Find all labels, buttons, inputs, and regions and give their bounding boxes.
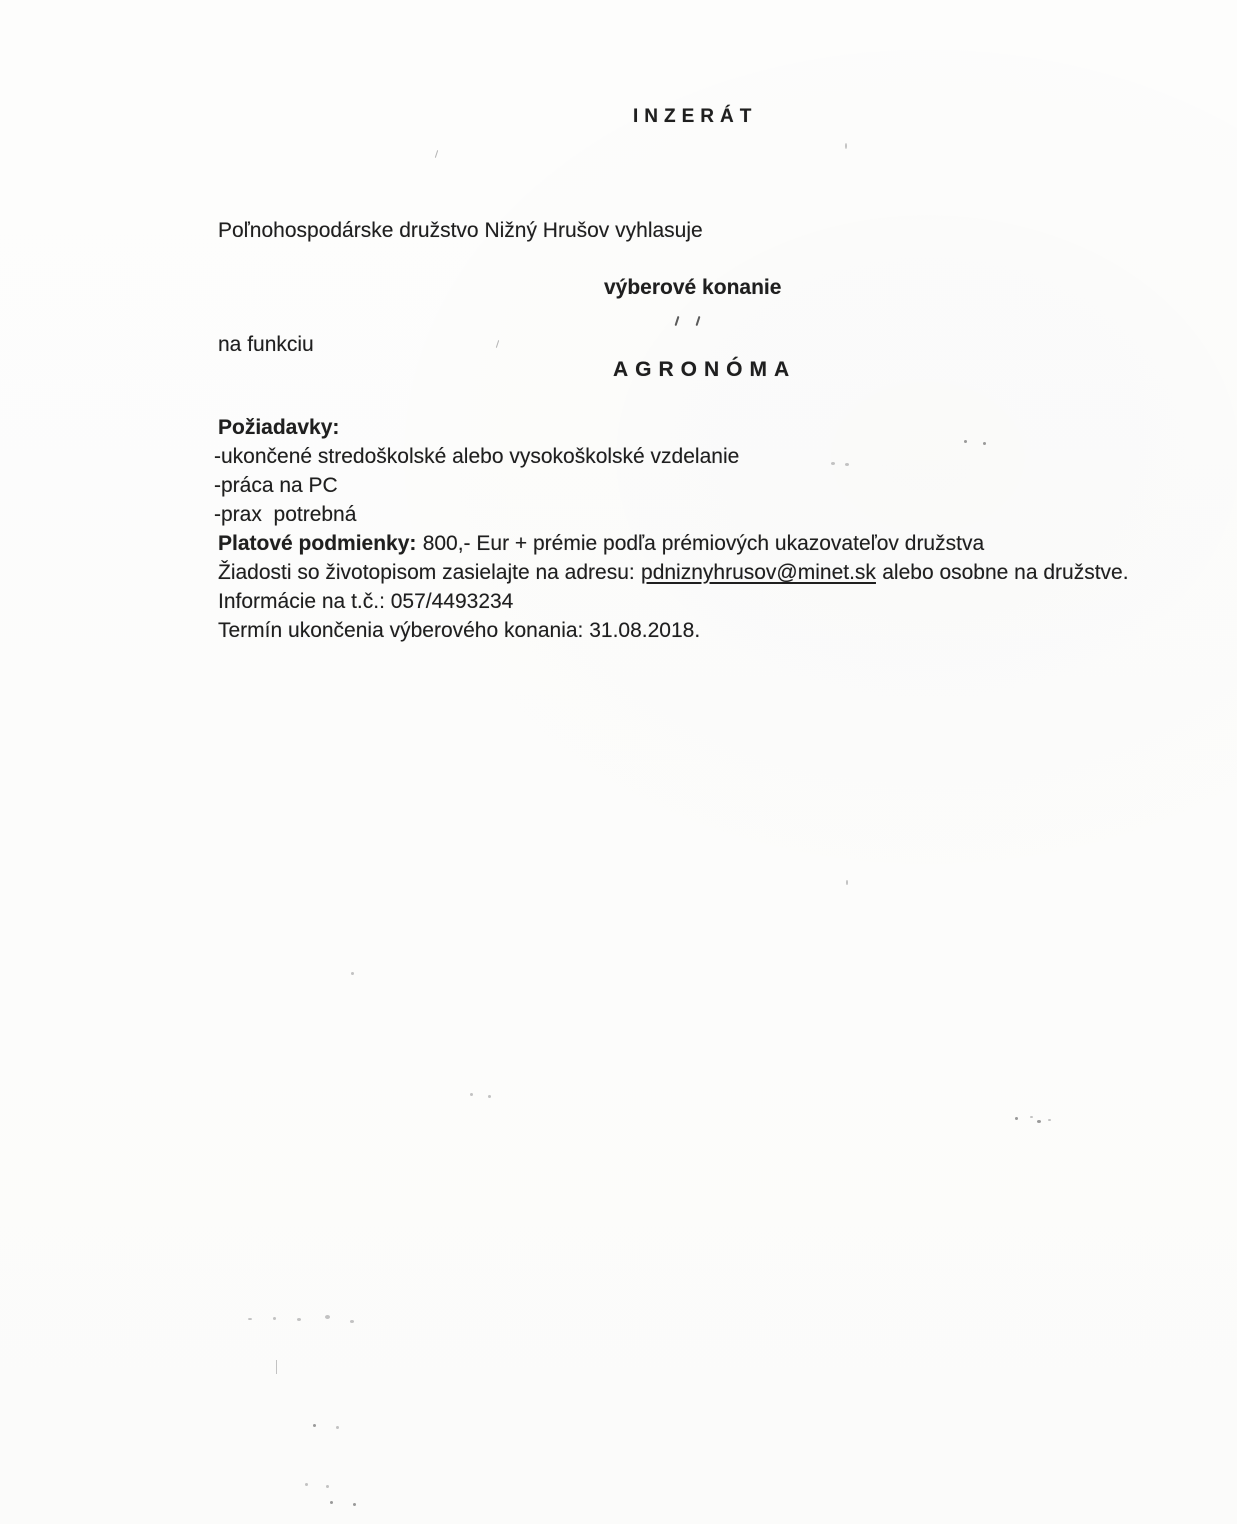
- contact-info-line: Informácie na t.č.: 057/4493234: [218, 589, 513, 614]
- scan-speck: [350, 1320, 354, 1323]
- scan-speck: [845, 463, 849, 466]
- scan-speck: [846, 880, 848, 885]
- document-title: INZERÁT: [633, 106, 757, 128]
- scan-speck: [297, 1318, 301, 1321]
- scan-speck: [273, 1317, 276, 1320]
- salary-text: 800,- Eur + prémie podľa prémiových ukaz…: [423, 532, 984, 555]
- scan-artifact-tick: [675, 316, 680, 326]
- scan-speck: [325, 1315, 330, 1319]
- requirement-item: -ukončené stredoškolské alebo vysokoškol…: [214, 444, 739, 469]
- scan-speck: [1037, 1120, 1041, 1123]
- scan-artifact-tick: [435, 150, 438, 158]
- scan-speck: [983, 442, 986, 445]
- scan-speck: [1048, 1119, 1051, 1121]
- scan-speck: [305, 1483, 308, 1486]
- application-line: Žiadosti so životopisom zasielajte na ad…: [218, 560, 1129, 585]
- application-text-after: alebo osobne na družstve.: [882, 561, 1128, 584]
- application-text-before: Žiadosti so životopisom zasielajte na ad…: [218, 561, 635, 584]
- requirement-item: -práca na PC: [214, 473, 338, 498]
- scan-speck: [831, 462, 835, 465]
- scanned-document-page: INZERÁT Poľnohospodárske družstvo Nižný …: [0, 0, 1237, 1524]
- deadline-line: Termín ukončenia výberového konania: 31.…: [218, 618, 700, 643]
- subtitle: výberové konanie: [604, 275, 781, 300]
- requirement-item: -prax potrebná: [214, 502, 356, 527]
- scan-speck: [845, 143, 847, 149]
- scan-speck: [470, 1093, 473, 1096]
- scan-artifact-tick: [696, 316, 701, 326]
- intro-line: Poľnohospodárske družstvo Nižný Hrušov v…: [218, 218, 703, 243]
- scan-speck: [276, 1360, 277, 1374]
- scan-speck: [326, 1485, 329, 1488]
- email-address: pdniznyhrusov@minet.sk: [641, 561, 876, 584]
- salary-label: Platové podmienky:: [218, 532, 416, 555]
- requirements-heading: Požiadavky:: [218, 415, 339, 440]
- position-name: AGRONÓMA: [613, 358, 796, 382]
- scan-speck: [248, 1318, 252, 1320]
- scan-speck: [1015, 1117, 1018, 1120]
- scan-speck: [313, 1424, 316, 1427]
- scan-speck: [964, 440, 967, 443]
- salary-line: Platové podmienky:800,- Eur + prémie pod…: [218, 531, 984, 556]
- scan-artifact-tick: [496, 340, 499, 348]
- scan-speck: [353, 1503, 356, 1506]
- scan-speck: [330, 1501, 333, 1504]
- scan-speck: [1030, 1116, 1033, 1118]
- scan-speck: [336, 1426, 339, 1429]
- scan-speck: [488, 1095, 491, 1098]
- position-lead: na funkciu: [218, 332, 314, 357]
- scan-speck: [351, 972, 354, 975]
